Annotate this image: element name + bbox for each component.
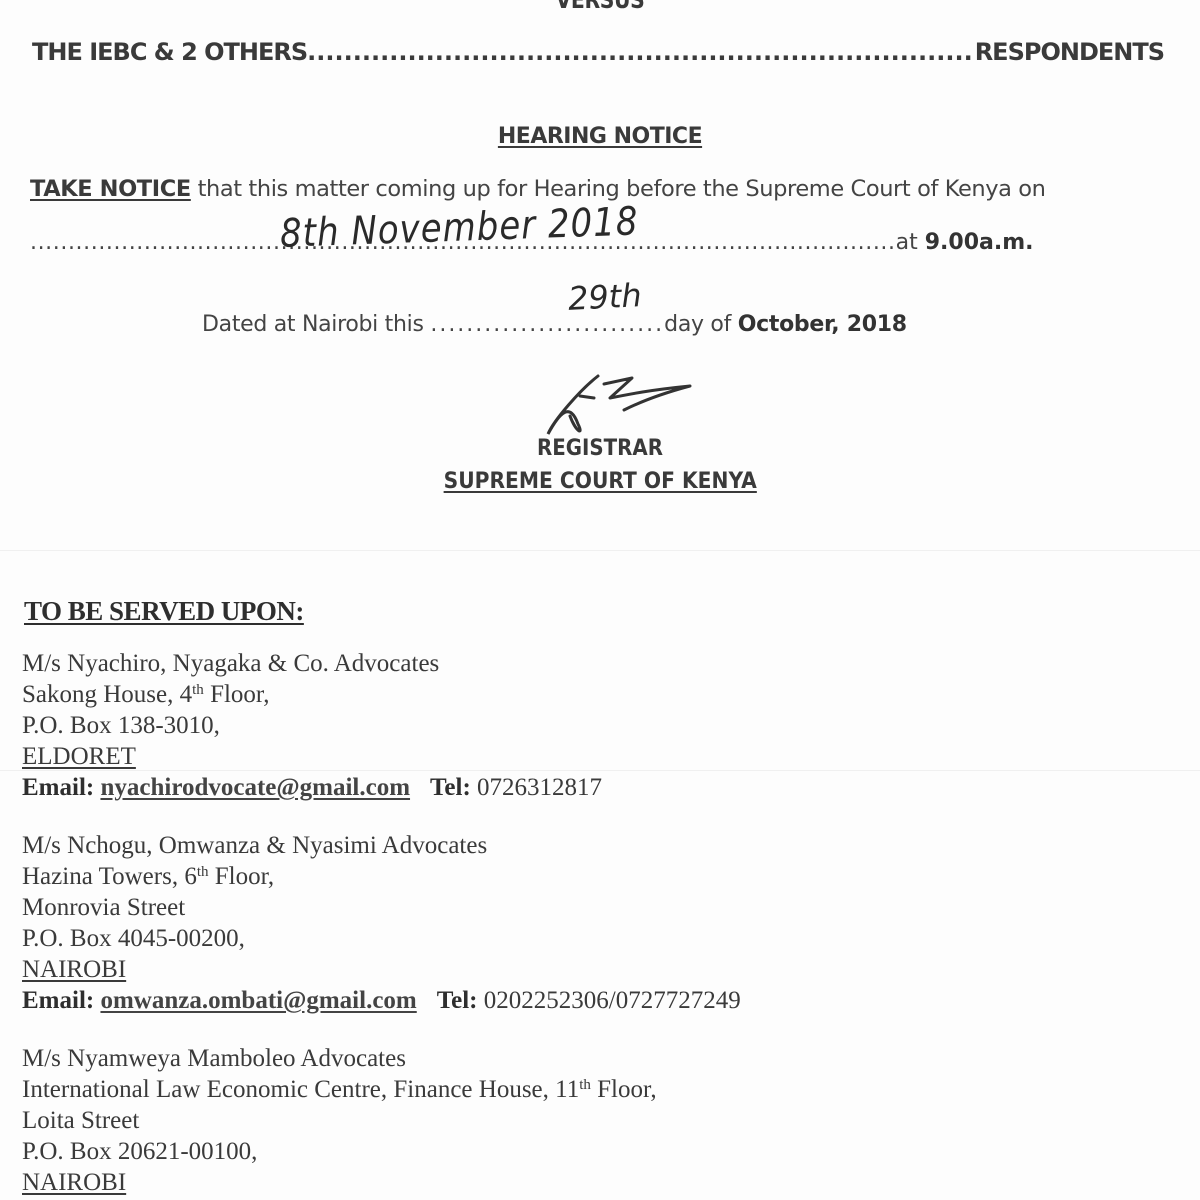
- court-name-text: SUPREME COURT OF KENYA: [443, 469, 756, 494]
- take-notice-label: TAKE NOTICE: [30, 176, 191, 202]
- email-link[interactable]: omwanza.ombati@gmail.com: [100, 987, 416, 1014]
- scan-artifact: [0, 550, 1200, 551]
- party-street: Monrovia Street: [22, 892, 741, 923]
- dated-line: Dated at Nairobi this ..................…: [202, 312, 907, 337]
- party-name: M/s Nchogu, Omwanza & Nyasimi Advocates: [22, 830, 741, 861]
- party-street: Loita Street: [22, 1105, 657, 1136]
- versus-label: VERSUS: [90, 0, 1110, 14]
- page-title: HEARING NOTICE: [0, 124, 1200, 149]
- dated-dots: ..........................: [430, 312, 664, 337]
- served-heading-text: TO BE SERVED UPON:: [24, 596, 304, 626]
- hearing-notice-title: HEARING NOTICE: [498, 124, 702, 149]
- party-address: International Law Economic Centre, Finan…: [22, 1074, 657, 1105]
- respondent-party: THE IEBC & 2 OTHERS: [32, 38, 307, 66]
- party-po-box: P.O. Box 4045-00200,: [22, 923, 741, 954]
- party-contact: Email: omwanza.ombati@gmail.comTel: 0202…: [22, 985, 741, 1016]
- party-name: M/s Nyamweya Mamboleo Advocates: [22, 1043, 657, 1074]
- service-party-2: M/s Nchogu, Omwanza & Nyasimi Advocates …: [22, 830, 741, 1016]
- handwritten-day: 29th: [567, 276, 642, 318]
- dated-month-year: October, 2018: [738, 312, 907, 337]
- party-city: ELDORET: [22, 741, 602, 772]
- party-city: NAIROBI: [22, 954, 741, 985]
- party-contact: Email: nyachirodvocate@gmail.comTel: 072…: [22, 772, 602, 803]
- respondents-line: THE IEBC & 2 OTHERS ....................…: [32, 38, 1164, 66]
- leader-dots: ........................................…: [307, 38, 975, 66]
- party-address: Hazina Towers, 6th Floor,: [22, 861, 741, 892]
- served-heading: TO BE SERVED UPON:: [24, 596, 304, 627]
- respondent-role: RESPONDENTS: [975, 38, 1164, 66]
- email-label: Email:: [22, 987, 94, 1014]
- notice-paragraph: TAKE NOTICE that this matter coming up f…: [30, 176, 1046, 202]
- email-label: Email:: [22, 774, 94, 801]
- tel-number: 0726312817: [477, 774, 602, 801]
- service-party-1: M/s Nyachiro, Nyagaka & Co. Advocates Sa…: [22, 648, 602, 803]
- tel-number: 0202252306/0727727249: [484, 987, 741, 1014]
- party-po-box: P.O. Box 20621-00100,: [22, 1136, 657, 1167]
- tel-label: Tel:: [430, 774, 471, 801]
- dated-prefix: Dated at Nairobi this: [202, 312, 430, 337]
- registrar-title: REGISTRAR: [60, 436, 1140, 461]
- tel-label: Tel:: [437, 987, 478, 1014]
- party-city: NAIROBI: [22, 1167, 657, 1198]
- party-po-box: P.O. Box 138-3010,: [22, 710, 602, 741]
- service-party-3: M/s Nyamweya Mamboleo Advocates Internat…: [22, 1043, 657, 1198]
- email-link[interactable]: nyachirodvocate@gmail.com: [100, 774, 410, 801]
- court-name: SUPREME COURT OF KENYA: [0, 469, 1200, 494]
- notice-body: that this matter coming up for Hearing b…: [191, 176, 1046, 202]
- dated-suffix: day of: [664, 312, 738, 337]
- hearing-time: 9.00a.m.: [925, 230, 1034, 255]
- party-name: M/s Nyachiro, Nyagaka & Co. Advocates: [22, 648, 602, 679]
- party-address: Sakong House, 4th Floor,: [22, 679, 602, 710]
- time-prefix: at: [896, 230, 925, 255]
